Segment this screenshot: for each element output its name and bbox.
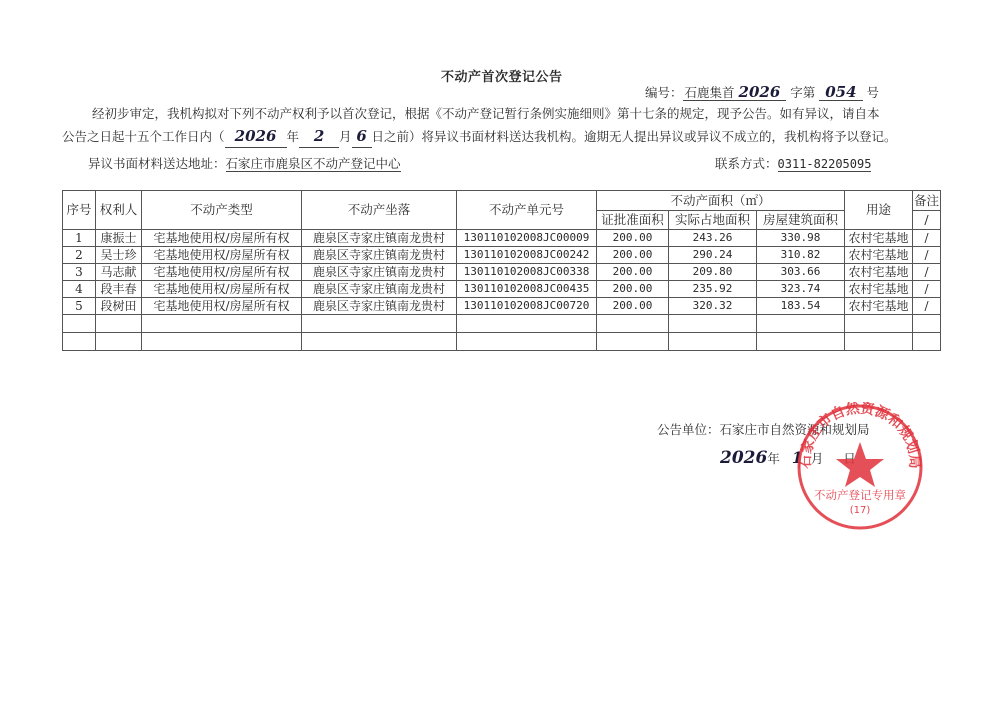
cell-location: 鹿泉区寺家庄镇南龙贵村 xyxy=(302,264,457,281)
deadline-year: 2026 xyxy=(225,125,287,148)
cell-location: 鹿泉区寺家庄镇南龙贵村 xyxy=(302,230,457,247)
cell-type: 宅基地使用权/房屋所有权 xyxy=(142,281,302,298)
cell-actual: 243.26 xyxy=(669,230,757,247)
cell-unit-no: 130110102008JC00009 xyxy=(457,230,597,247)
cell-building: 323.74 xyxy=(757,281,845,298)
table-row: 5段树田宅基地使用权/房屋所有权鹿泉区寺家庄镇南龙贵村130110102008J… xyxy=(63,298,941,315)
cell-holder: 吴士珍 xyxy=(96,247,142,264)
doc-number-value: 054 xyxy=(819,85,862,101)
cell-use: 农村宅基地 xyxy=(845,264,913,281)
doc-number-year: 2026 xyxy=(739,83,781,101)
cell-seq: 3 xyxy=(63,264,96,281)
svg-text:不动产登记专用章: 不动产登记专用章 xyxy=(814,488,906,502)
cell-type: 宅基地使用权/房屋所有权 xyxy=(142,264,302,281)
cell-use: 农村宅基地 xyxy=(845,298,913,315)
cell-seq: 2 xyxy=(63,247,96,264)
cell-seq: 1 xyxy=(63,230,96,247)
cell-actual: 235.92 xyxy=(669,281,757,298)
cell-holder: 段丰春 xyxy=(96,281,142,298)
header-remark-sub: / xyxy=(913,211,941,230)
cell-location: 鹿泉区寺家庄镇南龙贵村 xyxy=(302,281,457,298)
cell-approved: 200.00 xyxy=(597,298,669,315)
cell-approved: 200.00 xyxy=(597,230,669,247)
cell-location: 鹿泉区寺家庄镇南龙贵村 xyxy=(302,298,457,315)
cell-building: 330.98 xyxy=(757,230,845,247)
table-header-row: 序号 权利人 不动产类型 不动产坐落 不动产单元号 不动产面积（㎡） 用途 备注 xyxy=(63,191,941,211)
header-seq: 序号 xyxy=(63,191,96,230)
cell-holder: 康振士 xyxy=(96,230,142,247)
doc-number-suffix: 号 xyxy=(867,85,880,100)
header-remark: 备注 xyxy=(913,191,941,211)
cell-seq: 5 xyxy=(63,298,96,315)
cell-building: 303.66 xyxy=(757,264,845,281)
cell-type: 宅基地使用权/房屋所有权 xyxy=(142,247,302,264)
table-row: 2吴士珍宅基地使用权/房屋所有权鹿泉区寺家庄镇南龙贵村130110102008J… xyxy=(63,247,941,264)
cell-remark: / xyxy=(913,264,941,281)
header-holder: 权利人 xyxy=(96,191,142,230)
cell-holder: 马志献 xyxy=(96,264,142,281)
empty-row xyxy=(63,333,941,351)
table-row: 1康振士宅基地使用权/房屋所有权鹿泉区寺家庄镇南龙贵村130110102008J… xyxy=(63,230,941,247)
cell-unit-no: 130110102008JC00338 xyxy=(457,264,597,281)
header-unit-no: 不动产单元号 xyxy=(457,191,597,230)
cell-approved: 200.00 xyxy=(597,281,669,298)
page-title: 不动产首次登记公告 xyxy=(441,66,563,85)
address-value: 石家庄市鹿泉区不动产登记中心 xyxy=(226,156,401,172)
objection-address: 异议书面材料送达地址：石家庄市鹿泉区不动产登记中心 xyxy=(88,154,401,172)
cell-type: 宅基地使用权/房屋所有权 xyxy=(142,298,302,315)
cell-use: 农村宅基地 xyxy=(845,230,913,247)
deadline-month: 2 xyxy=(299,125,339,148)
header-area-group: 不动产面积（㎡） xyxy=(597,191,845,211)
header-approved-area: 证批准面积 xyxy=(597,211,669,230)
cell-approved: 200.00 xyxy=(597,264,669,281)
body-line-2: 公告之日起十五个工作日内（2026年2月6日之前）将异议书面材料送达我机构。逾期… xyxy=(62,125,897,148)
cell-approved: 200.00 xyxy=(597,247,669,264)
cell-seq: 4 xyxy=(63,281,96,298)
cell-unit-no: 130110102008JC00242 xyxy=(457,247,597,264)
cell-location: 鹿泉区寺家庄镇南龙贵村 xyxy=(302,247,457,264)
header-actual-area: 实际占地面积 xyxy=(669,211,757,230)
registration-table: 序号 权利人 不动产类型 不动产坐落 不动产单元号 不动产面积（㎡） 用途 备注… xyxy=(62,190,941,351)
cell-remark: / xyxy=(913,298,941,315)
cell-holder: 段树田 xyxy=(96,298,142,315)
cell-unit-no: 130110102008JC00435 xyxy=(457,281,597,298)
doc-number-label: 编号： xyxy=(645,85,683,100)
table-row: 3马志献宅基地使用权/房屋所有权鹿泉区寺家庄镇南龙贵村130110102008J… xyxy=(63,264,941,281)
document-number: 编号：石鹿集首 2026 字第 054 号 xyxy=(645,83,879,101)
cell-actual: 320.32 xyxy=(669,298,757,315)
header-location: 不动产坐落 xyxy=(302,191,457,230)
official-seal-icon: 石家庄市自然资源和规划局 不动产登记专用章 (17) xyxy=(795,402,925,532)
deadline-day: 6 xyxy=(352,125,372,148)
cell-building: 310.82 xyxy=(757,247,845,264)
header-use: 用途 xyxy=(845,191,913,230)
cell-use: 农村宅基地 xyxy=(845,281,913,298)
cell-type: 宅基地使用权/房屋所有权 xyxy=(142,230,302,247)
contact-phone: 0311-82205095 xyxy=(778,157,872,172)
table-row: 4段丰春宅基地使用权/房屋所有权鹿泉区寺家庄镇南龙贵村130110102008J… xyxy=(63,281,941,298)
doc-number-mid: 字第 xyxy=(790,85,815,100)
header-type: 不动产类型 xyxy=(142,191,302,230)
cell-actual: 209.80 xyxy=(669,264,757,281)
sign-year: 2026 xyxy=(720,448,767,468)
cell-use: 农村宅基地 xyxy=(845,247,913,264)
contact-info: 联系方式：0311-82205095 xyxy=(715,154,871,172)
svg-text:(17): (17) xyxy=(850,505,871,516)
cell-building: 183.54 xyxy=(757,298,845,315)
cell-remark: / xyxy=(913,281,941,298)
cell-remark: / xyxy=(913,247,941,264)
cell-unit-no: 130110102008JC00720 xyxy=(457,298,597,315)
cell-remark: / xyxy=(913,230,941,247)
empty-row xyxy=(63,315,941,333)
body-line-1: 经初步审定，我机构拟对下列不动产权利予以首次登记，根据《不动产登记暂行条例实施细… xyxy=(92,103,880,125)
cell-actual: 290.24 xyxy=(669,247,757,264)
header-building-area: 房屋建筑面积 xyxy=(757,211,845,230)
doc-number-prefix: 石鹿集首 2026 xyxy=(683,85,787,101)
